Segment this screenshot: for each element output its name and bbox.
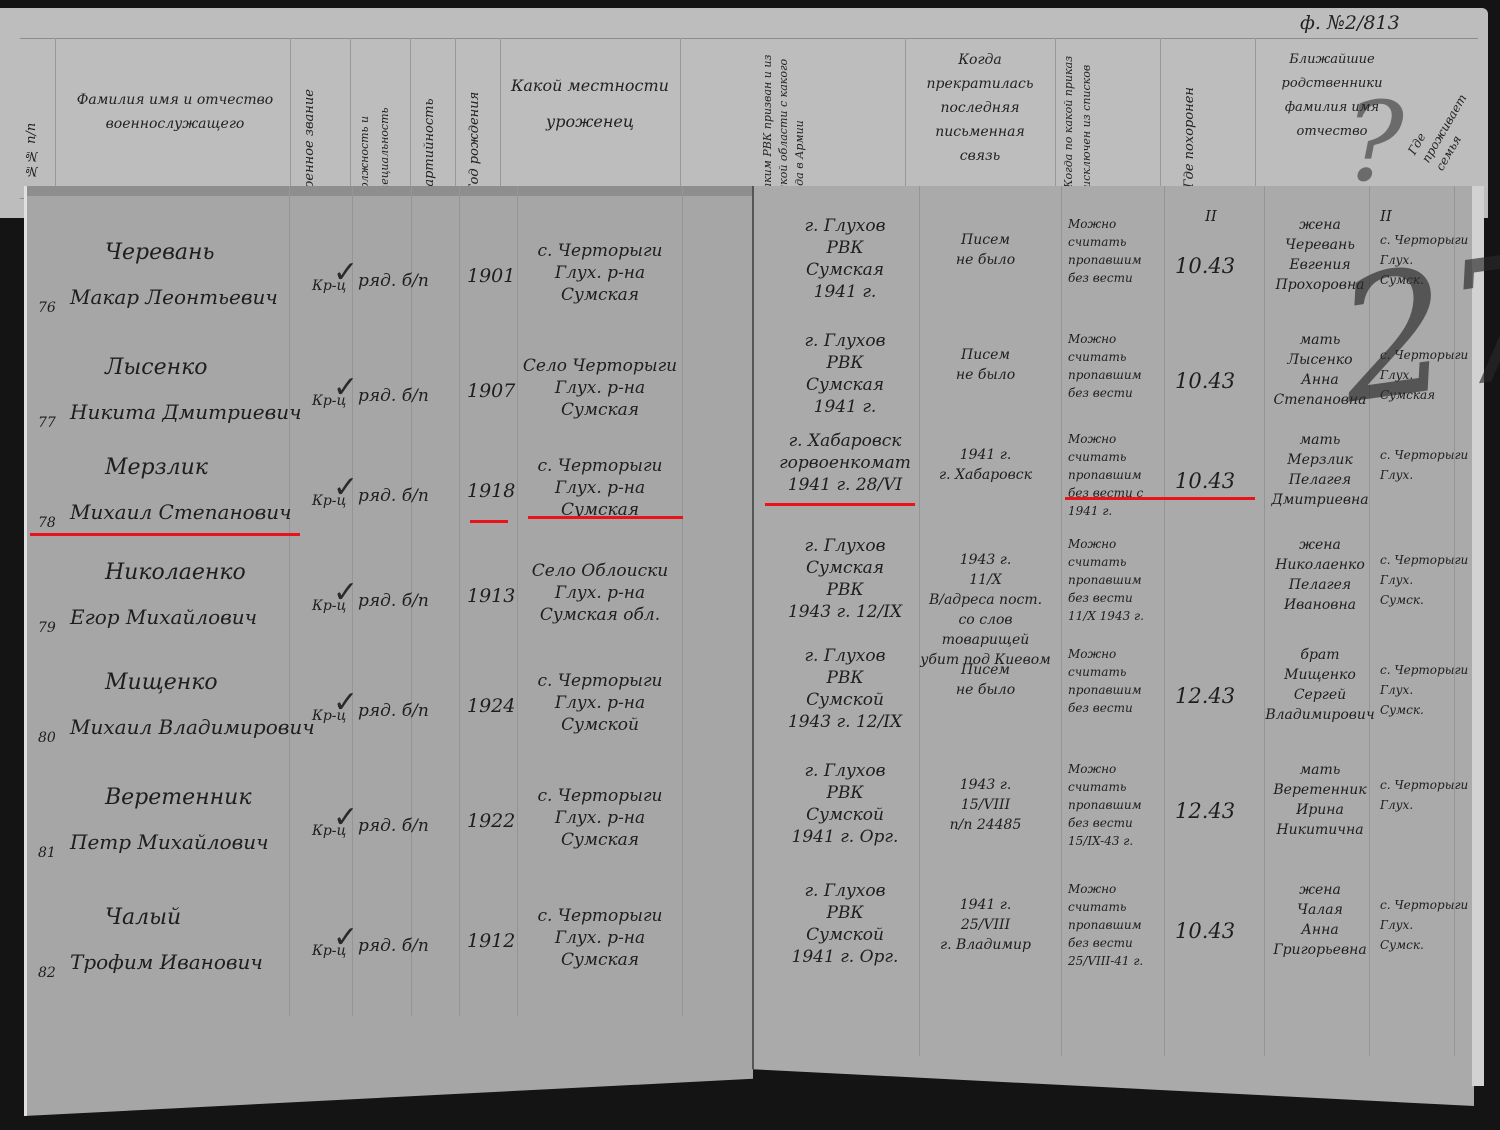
relative: женаНиколаенкоПелагеяИвановна bbox=[1265, 535, 1375, 615]
row-number: 80 bbox=[38, 730, 56, 746]
row-number: 81 bbox=[38, 845, 56, 861]
highlight-underline bbox=[470, 520, 508, 523]
soldier-surname: Черевань bbox=[105, 240, 215, 265]
ditto-mark: II bbox=[1380, 205, 1392, 227]
soldier-surname: Мищенко bbox=[105, 670, 218, 695]
soldier-given-names: Никита Дмитриевич bbox=[70, 400, 302, 424]
birth-year: 1907 bbox=[467, 380, 515, 402]
header-party: Партийность bbox=[420, 33, 440, 198]
status: Можносчитатьпропавшимбез вести25/VIII-41… bbox=[1068, 880, 1178, 970]
rvk: г. ГлуховСумскаяРВК1943 г. 12/IX bbox=[770, 535, 920, 623]
soldier-position: ряд. б/п bbox=[358, 935, 429, 957]
exclusion-date: 10.43 bbox=[1175, 920, 1235, 942]
soldier-position: ряд. б/п bbox=[358, 700, 429, 722]
exclusion-date: 10.43 bbox=[1175, 370, 1235, 392]
fond-number: ф. №2/813 bbox=[1300, 12, 1400, 34]
page-count-annotation: 27 bbox=[1327, 216, 1500, 442]
header-family-residence: Где проживает семья bbox=[1404, 80, 1486, 173]
header-rvk: Каким РВК призван и из какой области с к… bbox=[760, 38, 900, 198]
birth-year: 1922 bbox=[467, 810, 515, 832]
birthplace: с. ЧерторыгиГлух. р-наСумская bbox=[520, 785, 680, 851]
header-entered-lists: Когда по какой приказ исключен из списко… bbox=[1060, 48, 1150, 188]
header-last-contact: Когда прекратилась последняя письменная … bbox=[915, 48, 1045, 168]
last-contact: Писемне было bbox=[918, 345, 1053, 385]
soldier-given-names: Трофим Иванович bbox=[70, 950, 263, 974]
status: Можносчитатьпропавшимбез вести11/X 1943 … bbox=[1068, 535, 1178, 625]
last-contact: 1941 г.25/VIIIг. Владимир bbox=[918, 895, 1053, 955]
checkmark-icon: ✓ bbox=[333, 575, 358, 610]
highlight-underline bbox=[30, 533, 300, 536]
soldier-position: ряд. б/п bbox=[358, 815, 429, 837]
soldier-surname: Чалый bbox=[105, 905, 181, 930]
birthplace: с. ЧерторыгиГлух. р-наСумская bbox=[520, 455, 680, 521]
last-contact: Писемне было bbox=[918, 230, 1053, 270]
birthplace: с. ЧерторыгиГлух. р-наСумская bbox=[520, 240, 680, 306]
highlight-underline bbox=[528, 516, 683, 519]
soldier-given-names: Михаил Степанович bbox=[70, 500, 292, 524]
checkmark-icon: ✓ bbox=[333, 370, 358, 405]
soldier-position: ряд. б/п bbox=[358, 485, 429, 507]
family-residence: с. ЧерторыгиГлух.Сумск. bbox=[1380, 895, 1470, 955]
checkmark-icon: ✓ bbox=[333, 685, 358, 720]
family-residence: с. ЧерторыгиГлух. bbox=[1380, 775, 1470, 815]
status: Можносчитатьпропавшимбез вести bbox=[1068, 645, 1178, 717]
highlight-underline bbox=[1065, 497, 1255, 500]
relative: женаЧалаяАннаГригорьевна bbox=[1265, 880, 1375, 960]
exclusion-date: 10.43 bbox=[1175, 470, 1235, 492]
left-page bbox=[24, 186, 753, 1116]
rvk: г. ГлуховРВКСумской1943 г. 12/IX bbox=[770, 645, 920, 733]
soldier-surname: Николаенко bbox=[105, 560, 246, 585]
row-number: 77 bbox=[38, 415, 56, 431]
relative: братМищенкоСергейВладимирович bbox=[1265, 645, 1375, 725]
rvk: г. ГлуховРВКСумской1941 г. Орг. bbox=[770, 760, 920, 848]
birthplace: с. ЧерторыгиГлух. р-наСумская bbox=[520, 905, 680, 971]
birthplace: с. ЧерторыгиГлух. р-наСумской bbox=[520, 670, 680, 736]
family-residence: с. ЧерторыгиГлух. bbox=[1380, 445, 1470, 485]
header-birthplace: Какой местности уроженец bbox=[510, 68, 670, 140]
relative: матьВеретенникИринаНикитична bbox=[1265, 760, 1375, 840]
last-contact: 1943 г.11/XВ/адреса пост.со слов товарищ… bbox=[918, 550, 1053, 670]
soldier-given-names: Петр Михайлович bbox=[70, 830, 269, 854]
birth-year: 1912 bbox=[467, 930, 515, 952]
row-number: 76 bbox=[38, 300, 56, 316]
soldier-surname: Мерзлик bbox=[105, 455, 208, 480]
header-where-buried: Где похоронен bbox=[1180, 58, 1200, 188]
header-birth-year: Год рождения bbox=[465, 43, 485, 193]
row-number: 78 bbox=[38, 515, 56, 531]
status: Можносчитатьпропавшимбез вести bbox=[1068, 330, 1178, 402]
highlight-underline bbox=[765, 503, 915, 506]
status: Можносчитатьпропавшимбез вести15/IX-43 г… bbox=[1068, 760, 1178, 850]
soldier-given-names: Михаил Владимирович bbox=[70, 715, 315, 739]
birth-year: 1918 bbox=[467, 480, 515, 502]
last-contact: 1941 г.г. Хабаровск bbox=[918, 445, 1053, 485]
soldier-surname: Веретенник bbox=[105, 785, 251, 810]
last-contact: Писемне было bbox=[918, 660, 1053, 700]
row-number: 79 bbox=[38, 620, 56, 636]
relative: матьМерзликПелагеяДмитриевна bbox=[1265, 430, 1375, 510]
header-name: Фамилия имя и отчество военнослужащего bbox=[70, 88, 280, 136]
birth-year: 1924 bbox=[467, 695, 515, 717]
exclusion-date: 12.43 bbox=[1175, 685, 1235, 707]
soldier-position: ряд. б/п bbox=[358, 270, 429, 292]
header-rank: Военное звание bbox=[300, 68, 320, 198]
row-number: 82 bbox=[38, 965, 56, 981]
soldier-surname: Лысенко bbox=[105, 355, 208, 380]
family-residence: с. ЧерторыгиГлух.Сумск. bbox=[1380, 550, 1470, 610]
header-num: №№ п/п bbox=[22, 68, 42, 178]
header-rule bbox=[20, 38, 1478, 39]
soldier-position: ряд. б/п bbox=[358, 590, 429, 612]
soldier-given-names: Егор Михайлович bbox=[70, 605, 257, 629]
birth-year: 1901 bbox=[467, 265, 515, 287]
checkmark-icon: ✓ bbox=[333, 800, 358, 835]
checkmark-icon: ✓ bbox=[333, 920, 358, 955]
family-residence: с. ЧерторыгиГлух.Сумск. bbox=[1380, 660, 1470, 720]
birthplace: Село ОблоискиГлух. р-наСумская обл. bbox=[520, 560, 680, 626]
exclusion-date: 10.43 bbox=[1175, 255, 1235, 277]
ditto-mark: II bbox=[1205, 205, 1217, 227]
header-position: Должность и специальность bbox=[355, 33, 395, 198]
checkmark-icon: ✓ bbox=[333, 470, 358, 505]
rvk: г. ГлуховРВКСумская1941 г. bbox=[770, 330, 920, 418]
birthplace: Село ЧерторыгиГлух. р-наСумская bbox=[520, 355, 680, 421]
rvk: г. Хабаровскгорвоенкомат1941 г. 28/VI bbox=[770, 430, 920, 496]
exclusion-date: 12.43 bbox=[1175, 800, 1235, 822]
status: Можносчитатьпропавшимбез вести с1941 г. bbox=[1068, 430, 1178, 520]
last-contact: 1943 г.15/VIIIп/п 24485 bbox=[918, 775, 1053, 835]
soldier-given-names: Макар Леонтьевич bbox=[70, 285, 278, 309]
status: Можносчитатьпропавшимбез вести bbox=[1068, 215, 1178, 287]
checkmark-icon: ✓ bbox=[333, 255, 358, 290]
birth-year: 1913 bbox=[467, 585, 515, 607]
rvk: г. ГлуховРВКСумской1941 г. Орг. bbox=[770, 880, 920, 968]
rvk: г. ГлуховРВКСумская1941 г. bbox=[770, 215, 920, 303]
soldier-position: ряд. б/п bbox=[358, 385, 429, 407]
